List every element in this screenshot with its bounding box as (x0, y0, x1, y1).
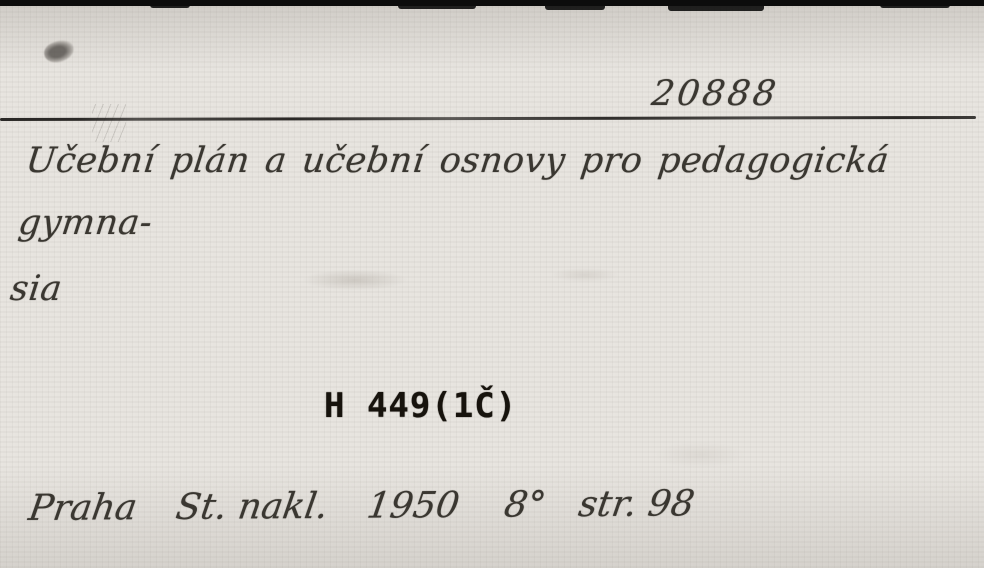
call-number: H 449(1Č) (324, 386, 517, 426)
catalog-card-scan: 20888 Učební plán a učební osnovy pro pe… (0, 0, 984, 568)
imprint-place: Praha (26, 487, 140, 529)
scan-edge-bump (150, 5, 190, 8)
title-line-2: sia (7, 258, 925, 320)
imprint-pages: str. 98 (576, 483, 697, 525)
imprint-publisher: St. nakl. (173, 486, 331, 528)
scan-edge-bump (545, 5, 605, 10)
ink-smudge (42, 38, 76, 66)
scan-edge-bump (880, 5, 950, 8)
imprint-handwritten: Praha St. nakl. 1950 8° str. 98 (26, 483, 697, 529)
imprint-year: 1950 (364, 485, 462, 527)
title-line-1: Učební plán a učební osnovy pro pedagogi… (16, 141, 891, 243)
accession-number: 20888 (649, 74, 781, 114)
scan-edge-bump (668, 5, 764, 11)
ruled-line (0, 116, 976, 121)
imprint-format: 8° (501, 484, 548, 525)
scan-edge-bump (398, 5, 476, 9)
title-handwritten: Učební plán a učební osnovy pro pedagogi… (7, 130, 940, 320)
scan-top-edge-artifact (0, 0, 984, 6)
